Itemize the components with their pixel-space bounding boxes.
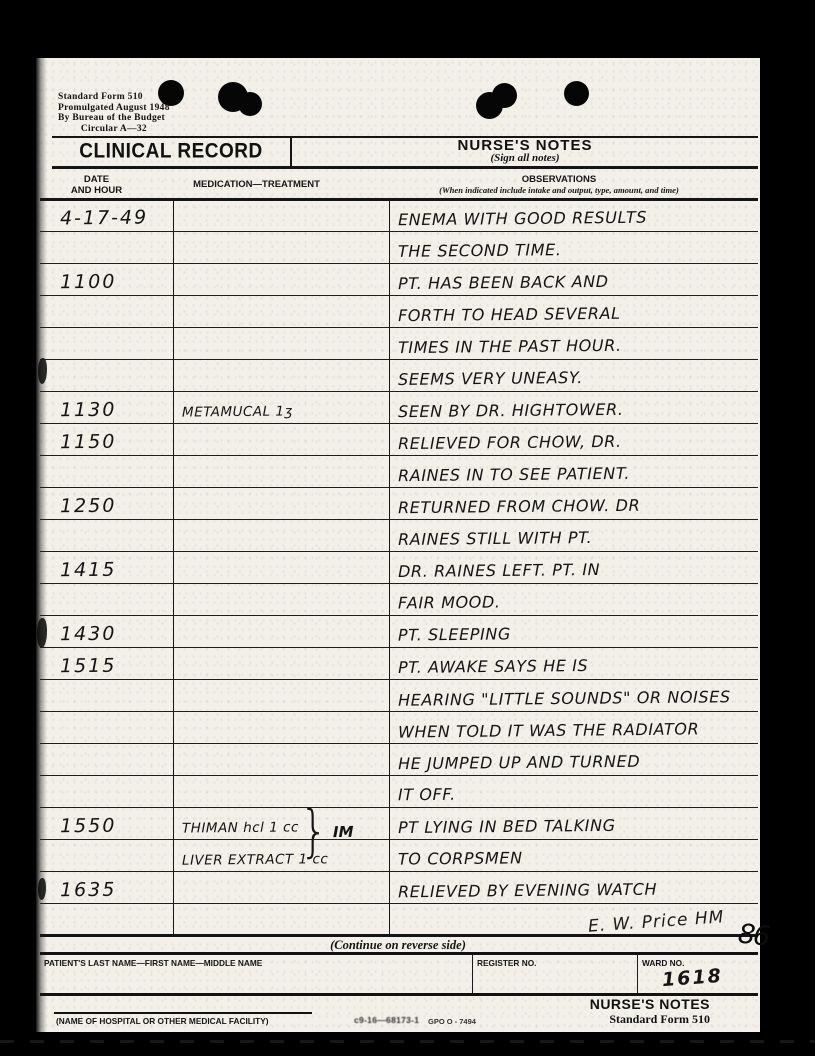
date-hour-cell	[40, 360, 174, 392]
medication-cell	[174, 552, 390, 584]
observation-value: PT LYING IN BED TALKING	[398, 816, 616, 837]
date-hour-value: 1430	[60, 623, 117, 646]
table-row: IT OFF.	[40, 776, 758, 808]
observation-cell: RELIEVED FOR CHOW, DR.	[390, 424, 758, 456]
patient-name-label: PATIENT'S LAST NAME—FIRST NAME—MIDDLE NA…	[44, 958, 262, 968]
date-hour-value: 1415	[60, 559, 117, 582]
nurses-notes-title: NURSE'S NOTES (Sign all notes)	[292, 137, 758, 167]
medication-cell	[174, 712, 390, 744]
table-row: FORTH TO HEAD SEVERAL	[40, 296, 758, 328]
medication-cell	[174, 648, 390, 680]
observation-cell: PT. AWAKE SAYS HE IS	[390, 648, 758, 680]
date-hour-cell: 1550	[40, 808, 174, 840]
date-hour-cell	[40, 520, 174, 552]
observation-cell: IT OFF.	[390, 776, 758, 808]
ward-no-label: WARD NO.	[642, 958, 684, 968]
register-no-field: REGISTER NO.	[472, 955, 637, 993]
form-id-line: By Bureau of the Budget	[58, 113, 170, 124]
date-hour-cell	[40, 680, 174, 712]
observation-value: ENEMA WITH GOOD RESULTS	[398, 208, 647, 230]
medication-value: THIMAN hcl 1 cc	[182, 819, 299, 836]
observation-value: E. W. Price HM	[587, 907, 724, 936]
medication-cell: METAMUCAL 1ʒ	[174, 392, 390, 424]
date-hour-value: 1130	[60, 399, 117, 422]
form-title-block: NURSE'S NOTES Standard Form 510	[590, 996, 710, 1027]
table-row: THE SECOND TIME.	[40, 232, 758, 264]
date-hour-cell	[40, 456, 174, 488]
ward-no-field: WARD NO. 1618	[637, 955, 758, 993]
observation-value: HE JUMPED UP AND TURNED	[398, 752, 640, 774]
date-hour-cell: 1150	[40, 424, 174, 456]
observation-value: TO CORPSMEN	[398, 848, 523, 868]
observation-value: RETURNED FROM CHOW. DR	[398, 496, 640, 518]
observation-value: HEARING "LITTLE SOUNDS" OR NOISES	[398, 687, 731, 709]
observation-cell: RAINES STILL WITH PT.	[390, 520, 758, 552]
observation-cell: TIMES IN THE PAST HOUR.	[390, 328, 758, 360]
form-id-line: Circular A—32	[58, 124, 170, 135]
facility-label: (NAME OF HOSPITAL OR OTHER MEDICAL FACIL…	[56, 1016, 269, 1026]
table-row: LIVER EXTRACT 1 ccTO CORPSMEN	[40, 840, 758, 872]
date-hour-value: 1635	[60, 879, 117, 902]
observation-cell: THE SECOND TIME.	[390, 232, 758, 264]
observation-cell: RELIEVED BY EVENING WATCH	[390, 872, 758, 904]
medication-cell	[174, 872, 390, 904]
observation-value: SEEN BY DR. HIGHTOWER.	[398, 400, 624, 421]
medication-cell	[174, 424, 390, 456]
column-header-medication: MEDICATION—TREATMENT	[153, 169, 360, 200]
continue-on-reverse-note: (Continue on reverse side)	[36, 938, 760, 953]
observation-cell: E. W. Price HM	[390, 904, 758, 936]
observation-value: FAIR MOOD.	[398, 592, 501, 612]
date-hour-cell	[40, 776, 174, 808]
observation-cell: SEEMS VERY UNEASY.	[390, 360, 758, 392]
observation-value: DR. RAINES LEFT. PT. IN	[398, 560, 600, 581]
date-hour-cell	[40, 328, 174, 360]
medication-cell	[174, 296, 390, 328]
observation-value: IT OFF.	[398, 785, 456, 805]
patient-identification-box: PATIENT'S LAST NAME—FIRST NAME—MIDDLE NA…	[40, 952, 758, 996]
observation-cell: HEARING "LITTLE SOUNDS" OR NOISES	[390, 680, 758, 712]
hole-punch-mark	[564, 81, 589, 106]
observation-value: PT. HAS BEEN BACK AND	[398, 272, 609, 293]
observation-value: PT. AWAKE SAYS HE IS	[398, 656, 588, 677]
rule	[40, 934, 758, 937]
medication-cell	[174, 200, 390, 232]
date-hour-value: 4-17-49	[60, 207, 148, 230]
observation-cell: DR. RAINES LEFT. PT. IN	[390, 552, 758, 584]
clinical-record-title: CLINICAL RECORD	[52, 138, 290, 166]
observation-cell: PT LYING IN BED TALKING	[390, 808, 758, 840]
medication-cell	[174, 776, 390, 808]
medication-cell	[174, 744, 390, 776]
date-hour-cell: 1430	[40, 616, 174, 648]
observation-value: SEEMS VERY UNEASY.	[398, 368, 583, 389]
brace-glyph: }	[300, 804, 329, 860]
date-hour-cell: 1130	[40, 392, 174, 424]
medication-cell: LIVER EXTRACT 1 cc	[174, 840, 390, 872]
observation-value: RELIEVED BY EVENING WATCH	[398, 880, 657, 902]
date-hour-value: 1550	[60, 815, 117, 838]
form-id-line: Promulgated August 1948	[58, 103, 170, 114]
notes-rows: 4-17-49ENEMA WITH GOOD RESULTSTHE SECOND…	[40, 200, 758, 936]
table-row: TIMES IN THE PAST HOUR.	[40, 328, 758, 360]
medication-cell	[174, 232, 390, 264]
observations-note: (When indicated include intake and outpu…	[439, 185, 679, 196]
medication-treatment-label: MEDICATION—TREATMENT	[193, 179, 320, 190]
observation-cell: SEEN BY DR. HIGHTOWER.	[390, 392, 758, 424]
clinical-record-label: CLINICAL RECORD	[79, 140, 262, 165]
scan-artifact	[0, 1040, 815, 1043]
date-hour-cell: 1250	[40, 488, 174, 520]
table-row: 1250RETURNED FROM CHOW. DR	[40, 488, 758, 520]
date-hour-value: 1150	[60, 431, 117, 454]
date-hour-value: 1515	[60, 655, 117, 678]
date-hour-value: 1250	[60, 495, 117, 518]
table-row: 1150RELIEVED FOR CHOW, DR.	[40, 424, 758, 456]
column-header-date-hour: DATE AND HOUR	[40, 169, 153, 200]
medication-cell	[174, 680, 390, 712]
table-row: 1515PT. AWAKE SAYS HE IS	[40, 648, 758, 680]
medication-cell	[174, 264, 390, 296]
table-row: 1635RELIEVED BY EVENING WATCH	[40, 872, 758, 904]
observation-value: RAINES IN TO SEE PATIENT.	[398, 464, 630, 485]
observation-cell: RAINES IN TO SEE PATIENT.	[390, 456, 758, 488]
table-row: RAINES IN TO SEE PATIENT.	[40, 456, 758, 488]
observation-cell: FAIR MOOD.	[390, 584, 758, 616]
observation-value: WHEN TOLD IT WAS THE RADIATOR	[398, 719, 699, 741]
table-row: E. W. Price HM	[40, 904, 758, 936]
observation-value: RAINES STILL WITH PT.	[398, 528, 593, 549]
date-hour-cell: 1635	[40, 872, 174, 904]
observations-label: OBSERVATIONS	[522, 174, 596, 185]
and-hour-label: AND HOUR	[71, 185, 122, 196]
im-route-annotation: } IM	[296, 804, 353, 860]
observation-value: THE SECOND TIME.	[398, 240, 562, 261]
print-code: c9-16—68173-1	[354, 1015, 419, 1025]
observation-cell: WHEN TOLD IT WAS THE RADIATOR	[390, 712, 758, 744]
observation-cell: HE JUMPED UP AND TURNED	[390, 744, 758, 776]
table-row: 1130METAMUCAL 1ʒSEEN BY DR. HIGHTOWER.	[40, 392, 758, 424]
im-route-label: IM	[333, 823, 354, 841]
medication-cell	[174, 584, 390, 616]
observation-cell: PT. HAS BEEN BACK AND	[390, 264, 758, 296]
clinical-record-form: Standard Form 510 Promulgated August 194…	[36, 58, 760, 1033]
form-title: NURSE'S NOTES	[590, 996, 710, 1012]
medication-value: METAMUCAL 1ʒ	[182, 403, 293, 420]
hole-punch-mark	[492, 83, 517, 108]
table-row: 1415DR. RAINES LEFT. PT. IN	[40, 552, 758, 584]
medication-cell: THIMAN hcl 1 cc	[174, 808, 390, 840]
table-row: SEEMS VERY UNEASY.	[40, 360, 758, 392]
date-hour-cell: 4-17-49	[40, 200, 174, 232]
date-hour-cell	[40, 232, 174, 264]
hole-punch-mark	[238, 92, 262, 116]
table-row: HE JUMPED UP AND TURNED	[40, 744, 758, 776]
table-row: HEARING "LITTLE SOUNDS" OR NOISES	[40, 680, 758, 712]
date-hour-cell	[40, 744, 174, 776]
observation-cell: TO CORPSMEN	[390, 840, 758, 872]
date-hour-cell	[40, 296, 174, 328]
table-row: RAINES STILL WITH PT.	[40, 520, 758, 552]
medication-cell	[174, 328, 390, 360]
table-row: 4-17-49ENEMA WITH GOOD RESULTS	[40, 200, 758, 232]
observation-value: RELIEVED FOR CHOW, DR.	[398, 432, 622, 453]
observation-value: PT. SLEEPING	[398, 624, 511, 644]
table-row: 1100PT. HAS BEEN BACK AND	[40, 264, 758, 296]
column-header-observations: OBSERVATIONS (When indicated include int…	[360, 169, 758, 200]
medication-cell	[174, 520, 390, 552]
date-hour-cell: 1415	[40, 552, 174, 584]
table-row: FAIR MOOD.	[40, 584, 758, 616]
sign-all-notes-label: (Sign all notes)	[292, 152, 758, 164]
register-no-label: REGISTER NO.	[477, 958, 536, 968]
form-subtitle: Standard Form 510	[590, 1012, 710, 1027]
form-identification: Standard Form 510 Promulgated August 194…	[58, 92, 170, 134]
gpo-code: GPO O - 7494	[428, 1017, 476, 1026]
date-hour-cell	[40, 584, 174, 616]
table-row: 1550THIMAN hcl 1 ccPT LYING IN BED TALKI…	[40, 808, 758, 840]
date-hour-cell: 1100	[40, 264, 174, 296]
observation-value: FORTH TO HEAD SEVERAL	[398, 304, 621, 325]
ward-no-value: 1618	[661, 965, 723, 991]
table-row: WHEN TOLD IT WAS THE RADIATOR	[40, 712, 758, 744]
scanned-page: { "scan": { "page_mark": "86" }, "form":…	[0, 0, 815, 1056]
observation-cell: RETURNED FROM CHOW. DR	[390, 488, 758, 520]
table-row: 1430PT. SLEEPING	[40, 616, 758, 648]
date-label: DATE	[71, 174, 122, 185]
date-hour-cell: 1515	[40, 648, 174, 680]
facility-fill-line	[54, 1012, 312, 1014]
date-hour-value: 1100	[60, 271, 117, 294]
medication-cell	[174, 616, 390, 648]
date-hour-cell	[40, 840, 174, 872]
medication-cell	[174, 456, 390, 488]
medication-cell	[174, 360, 390, 392]
date-hour-cell	[40, 904, 174, 936]
form-id-line: Standard Form 510	[58, 92, 170, 103]
observation-value: TIMES IN THE PAST HOUR.	[398, 336, 622, 357]
patient-name-field: PATIENT'S LAST NAME—FIRST NAME—MIDDLE NA…	[40, 955, 472, 993]
scan-bottom-band	[0, 1032, 815, 1056]
medication-cell	[174, 904, 390, 936]
observation-cell: FORTH TO HEAD SEVERAL	[390, 296, 758, 328]
observation-cell: ENEMA WITH GOOD RESULTS	[390, 200, 758, 232]
medication-cell	[174, 488, 390, 520]
date-hour-cell	[40, 712, 174, 744]
observation-cell: PT. SLEEPING	[390, 616, 758, 648]
